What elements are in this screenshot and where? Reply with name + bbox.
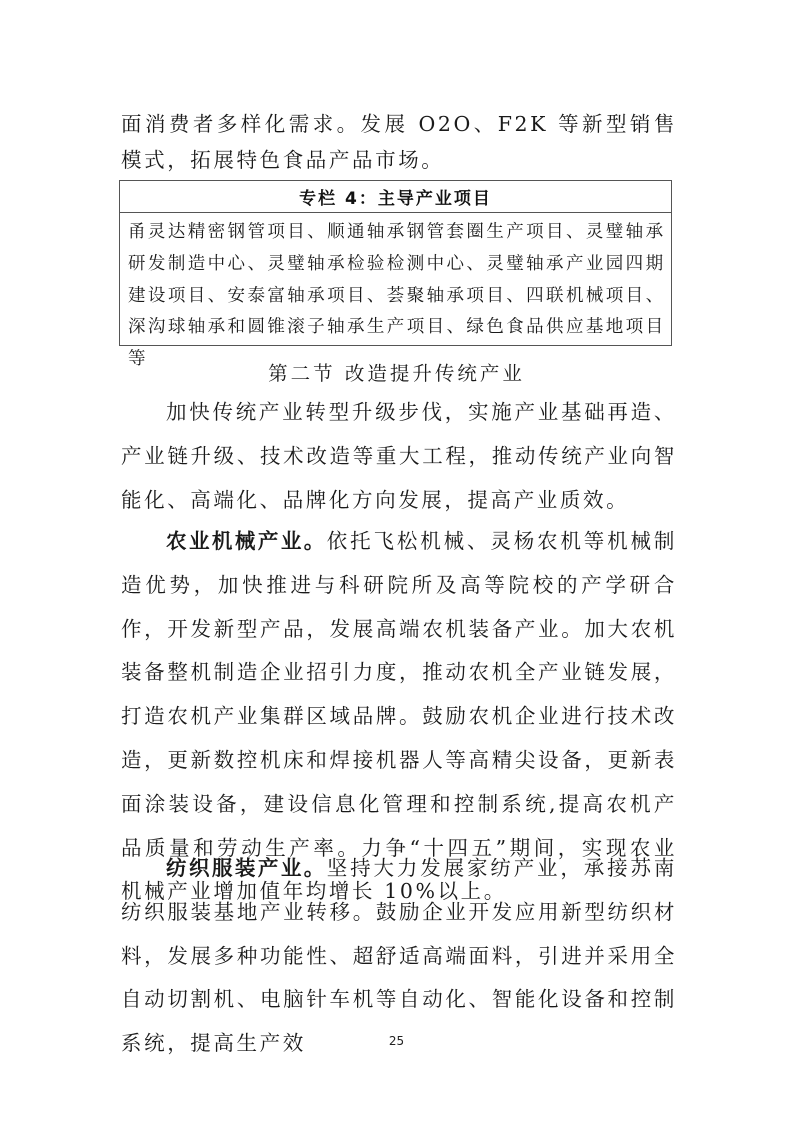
paragraph-text: 坚持大力发展家纺产业，承接苏南纺织服装基地产业转移。鼓励企业开发应用新型纺织材料… (121, 856, 677, 1055)
section-heading: 第二节 改造提升传统产业 (0, 360, 793, 388)
feature-box-title: 专栏 4：主导产业项目 (120, 181, 671, 213)
page-number: 25 (0, 1034, 793, 1048)
paragraph-overview: 加快传统产业转型升级步伐，实施产业基础再造、产业链升级、技术改造等重大工程，推动… (121, 391, 677, 522)
paragraph-text: 加快传统产业转型升级步伐，实施产业基础再造、产业链升级、技术改造等重大工程，推动… (121, 400, 677, 512)
document-page: 面消费者多样化需求。发展 O2O、F2K 等新型销售模式，拓展特色食品产品市场。… (0, 0, 793, 1122)
paragraph-lead: 纺织服装产业。 (166, 856, 327, 880)
feature-box-content: 甬灵达精密钢管项目、顺通轴承钢管套圈生产项目、灵璧轴承研发制造中心、灵璧轴承检验… (120, 213, 671, 376)
feature-box: 专栏 4：主导产业项目 甬灵达精密钢管项目、顺通轴承钢管套圈生产项目、灵璧轴承研… (119, 180, 672, 346)
intro-paragraph: 面消费者多样化需求。发展 O2O、F2K 等新型销售模式，拓展特色食品产品市场。 (121, 106, 677, 178)
paragraph-lead: 农业机械产业。 (166, 529, 327, 553)
